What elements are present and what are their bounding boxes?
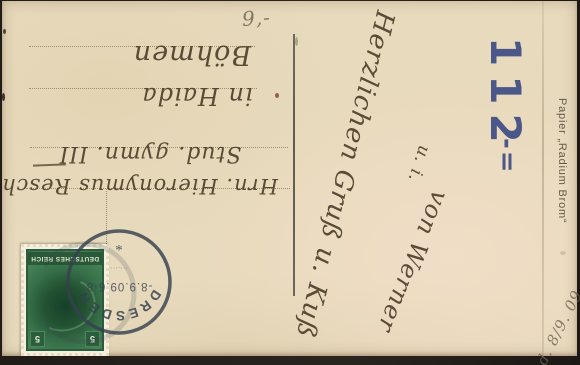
postmark-star: * — [115, 237, 123, 253]
pencil-tick — [295, 37, 298, 46]
postcard: 9,- Böhmen in Haida Stud. gymn. III Hrn.… — [2, 1, 577, 356]
underline-mark — [33, 163, 66, 166]
postmark-date-text: -8.9.09.6-8 — [86, 280, 153, 292]
paper-blemish — [560, 251, 566, 255]
inventory-number: 112 — [481, 37, 530, 152]
message-small-mark: u. i. — [403, 143, 434, 185]
message-line-2: von Werner — [372, 187, 454, 337]
stamp-denomination-right: 5 — [30, 331, 45, 347]
address-line-name: Hrn. Hieronymus Resch — [16, 174, 278, 198]
edge-nick-2 — [3, 29, 6, 34]
scan-background: { "scene": { "description": "Scanned bac… — [0, 0, 580, 365]
crease-line — [542, 1, 544, 357]
price-dashes: -= — [492, 138, 522, 175]
corner-date: d. 8/9. 09 — [533, 287, 580, 365]
divider-line — [293, 34, 295, 296]
message-line-1: Herzlichen Gruß u. Kuß — [290, 8, 400, 342]
imprint-text: Papier „Radium Brom“ — [556, 98, 568, 223]
ink-speck — [275, 93, 279, 98]
address-line-haida: in Haida — [130, 82, 264, 110]
address-line-school: Stud. gymn. III — [30, 141, 270, 166]
address-line-bohmen: Böhmen — [117, 39, 267, 70]
postmark-district-smudge: ···∙··· — [110, 263, 128, 272]
price-mark: 9,- — [241, 5, 271, 31]
edge-nick — [2, 93, 5, 101]
postmark: DRESDEN -8.9.09.6-8 ···∙··· * — [45, 207, 193, 357]
